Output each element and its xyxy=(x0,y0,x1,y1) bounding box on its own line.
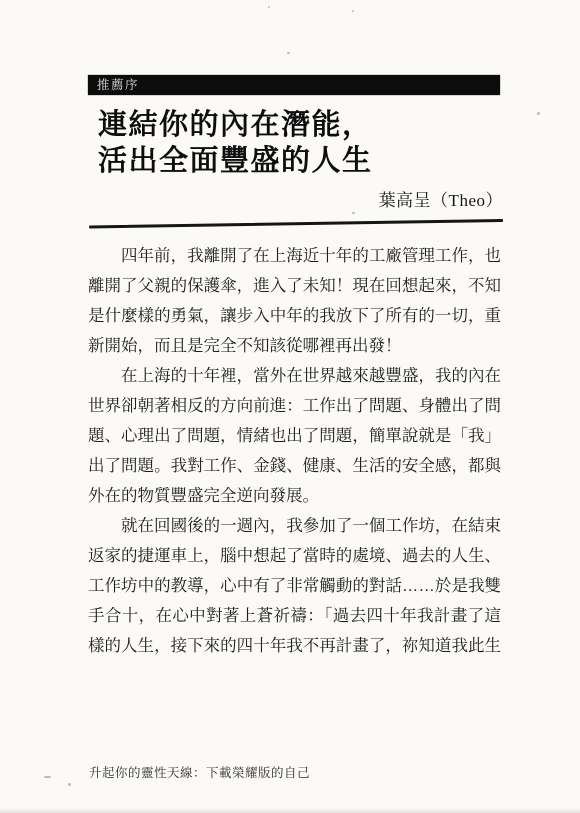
body-line: 返家的捷運車上，腦中想起了當時的處境、過去的人生、 xyxy=(88,541,501,571)
body-line: 樣的人生，接下來的四十年我不再計畫了，祢知道我此生 xyxy=(88,631,501,661)
chapter-title-line-2: 活出全面豐盛的人生 xyxy=(98,143,373,179)
scanned-book-page: 推薦序 連結你的內在潛能， 活出全面豐盛的人生 葉高呈（Theo） 四年前，我離… xyxy=(0,0,580,813)
body-line: 手合十，在心中對著上蒼祈禱：「過去四十年我計畫了這 xyxy=(88,601,501,631)
scan-speck xyxy=(287,52,290,54)
scan-speck xyxy=(352,10,354,12)
body-line: 工作坊中的教導，心中有了非常觸動的對話……於是我雙 xyxy=(88,571,501,601)
header-divider-rule xyxy=(89,219,503,229)
body-line: 就在回國後的一週內，我參加了一個工作坊，在結束 xyxy=(88,511,501,541)
chapter-title-line-1: 連結你的內在潛能， xyxy=(98,107,373,143)
body-line: 在上海的十年裡，當外在世界越來越豐盛，我的內在 xyxy=(88,361,501,391)
body-line: 是什麼樣的勇氣，讓步入中年的我放下了所有的一切，重 xyxy=(88,301,501,331)
section-label: 推薦序 xyxy=(88,75,500,95)
running-footer: 升起你的靈性天線：下載榮耀版的自己 xyxy=(89,763,310,781)
scan-speck xyxy=(268,6,270,8)
chapter-title: 連結你的內在潛能， 活出全面豐盛的人生 xyxy=(98,107,373,179)
body-line: 四年前，我離開了在上海近十年的工廠管理工作，也 xyxy=(88,241,501,271)
scan-bottom-edge xyxy=(0,808,580,813)
scan-speck xyxy=(44,776,51,778)
body-text: 四年前，我離開了在上海近十年的工廠管理工作，也離開了父親的保護傘，進入了未知！現… xyxy=(88,241,501,661)
scan-speck xyxy=(68,783,71,786)
body-line: 題、心理出了問題，情緒也出了問題，簡單說就是「我」 xyxy=(88,421,501,451)
author-name: 葉高呈（Theo） xyxy=(88,186,503,211)
scan-speck xyxy=(537,112,540,115)
body-line: 世界卻朝著相反的方向前進：工作出了問題、身體出了問 xyxy=(88,391,501,421)
section-label-bar: 推薦序 xyxy=(88,75,500,95)
body-line: 離開了父親的保護傘，進入了未知！現在回想起來，不知 xyxy=(88,271,501,301)
scan-speck xyxy=(352,212,355,214)
body-line: 新開始，而且是完全不知該從哪裡再出發！ xyxy=(88,331,501,361)
body-line: 出了問題。我對工作、金錢、健康、生活的安全感，都與 xyxy=(88,451,501,481)
body-line: 外在的物質豐盛完全逆向發展。 xyxy=(88,481,501,511)
